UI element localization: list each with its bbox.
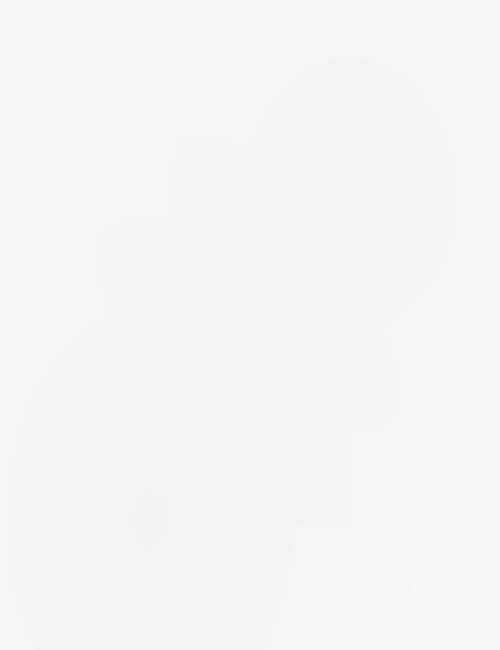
list-item — [42, 328, 89, 348]
reverse-side-show-through — [230, 10, 500, 610]
list-item — [42, 230, 89, 250]
list-item — [42, 83, 89, 103]
list-item — [42, 279, 89, 299]
list-item — [42, 156, 89, 176]
list-item — [42, 205, 89, 225]
list-item — [42, 107, 89, 127]
list-item — [42, 303, 89, 323]
list-item — [42, 58, 89, 78]
list-item — [42, 9, 89, 29]
list-item — [42, 34, 89, 54]
scanned-document-page — [0, 0, 500, 650]
list-item — [42, 132, 89, 152]
list-item — [42, 181, 89, 201]
list-item — [42, 254, 89, 274]
